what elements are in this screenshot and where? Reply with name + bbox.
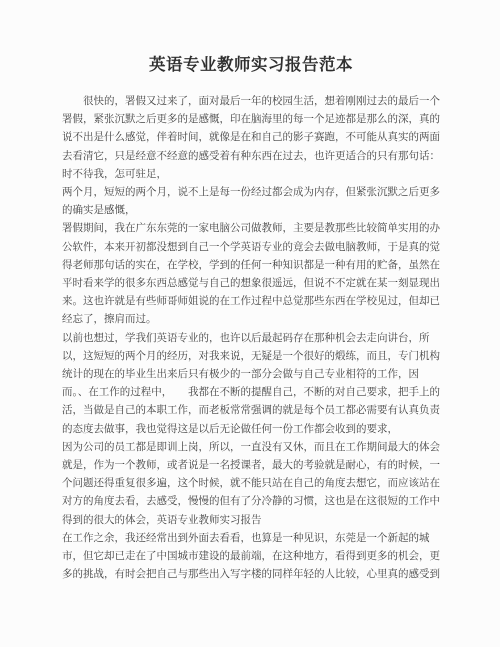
paragraph: 在工作之余，我还经常出到外面去看看，也算是一种见识，东莞是一个新起的城市，但它却… xyxy=(62,530,440,585)
document-title: 英语专业教师实习报告范本 xyxy=(62,52,440,78)
paragraph: 两个月，短短的两个月，说不上是每一份经过都会成为内存，但紧张沉默之后更多的确实是… xyxy=(62,184,440,220)
paragraph: 以前也想过，学我们英语专业的，也许以后最起码存在那种机会去走向讲台，所以，这短短… xyxy=(62,330,440,439)
paragraph: 很快的，署假又过来了，面对最后一年的校园生活，想着刚刚过去的最后一个署假，紧张沉… xyxy=(62,93,440,184)
document-body: 很快的，署假又过来了，面对最后一年的校园生活，想着刚刚过去的最后一个署假，紧张沉… xyxy=(62,93,440,584)
document-page: 英语专业教师实习报告范本 很快的，署假又过来了，面对最后一年的校园生活，想着刚刚… xyxy=(0,0,500,647)
paragraph: 署假期间，我在广东东莞的一家电脑公司做教师，主要是教那些比较简单实用的办公软件，… xyxy=(62,220,440,329)
paragraph: 因为公司的员工都是即训上岗，所以，一直没有又休，而且在工作期间最大的体会就是，作… xyxy=(62,439,440,530)
